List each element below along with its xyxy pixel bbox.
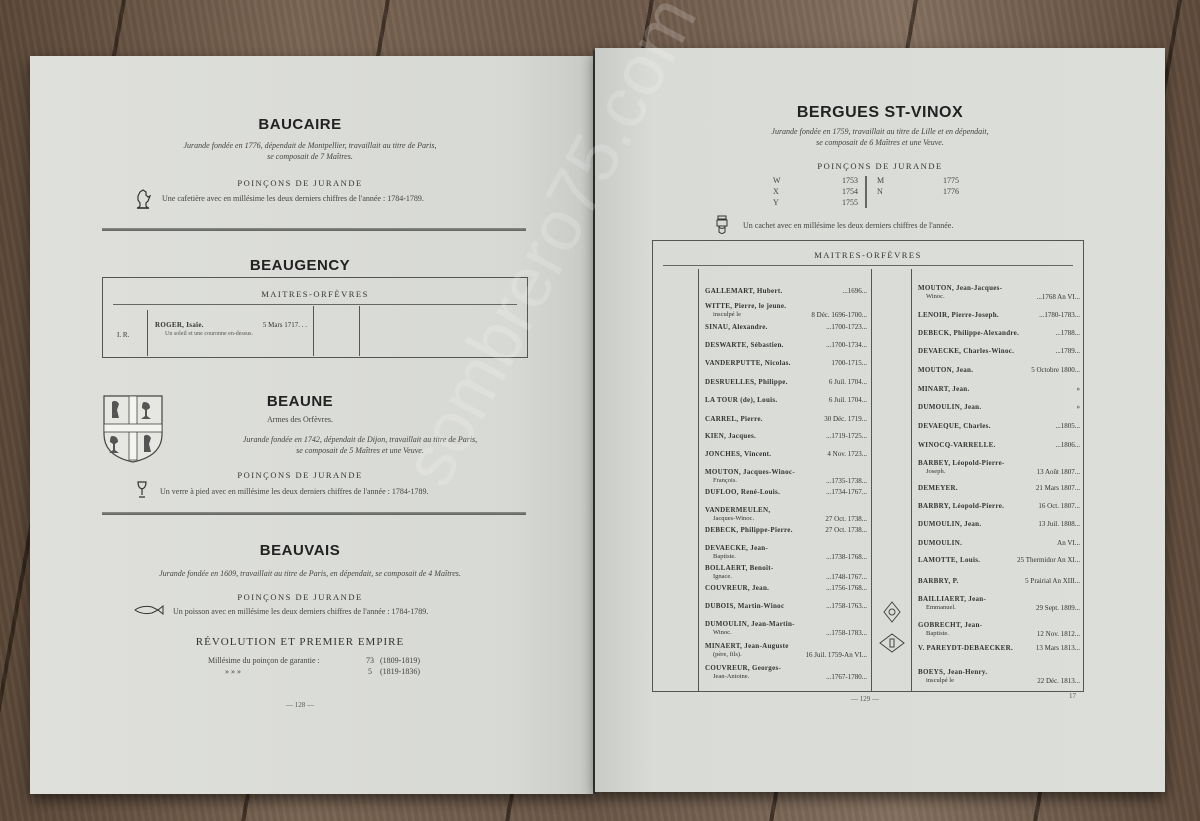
table-rule xyxy=(113,304,517,305)
coffee-pot-icon xyxy=(134,189,152,211)
beauvais-title: BEAUVAIS xyxy=(30,542,570,559)
maker-name: BARBRY, P. xyxy=(918,577,959,585)
maker-name: COUVREUR, Georges- xyxy=(705,664,781,672)
maker-date: 27 Oct. 1738... xyxy=(825,526,867,535)
table-row: SINAU, Alexandre....1700-1723... xyxy=(705,323,867,332)
maker-name: BOLLAERT, Benoît- xyxy=(705,564,774,572)
table-row: MINAERT, Jean-Auguste(père, fils).16 Jui… xyxy=(705,642,867,659)
maker-name: LA TOUR (de), Louis. xyxy=(705,396,777,404)
table-row: BOLLAERT, Benoît-Ignace....1748-1767... xyxy=(705,564,867,581)
bergues-title: BERGUES ST-VINOX xyxy=(595,104,1165,122)
maker-name: BOEYS, Jean-Henry. xyxy=(918,668,987,676)
maker-name: MOUTON, Jacques-Winoc- xyxy=(705,468,795,476)
table-row: WINOCQ-VARRELLE....1806... xyxy=(918,441,1080,450)
column-divider xyxy=(698,269,699,691)
revolution-line2-value: 5 xyxy=(368,667,372,676)
table-row: DEVAECKE, Jean-Baptiste....1738-1768... xyxy=(705,544,867,561)
maker-name: GOBRECHT, Jean- xyxy=(918,621,982,629)
table-row: BARBRY, Léopold-Pierre.16 Oct. 1807... xyxy=(918,502,1080,511)
maker-name: DESRUELLES, Philippe. xyxy=(705,378,788,386)
table-row: MOUTON, Jacques-Winoc-François....1735-1… xyxy=(705,468,867,485)
revolution-line1-label: Millésime du poinçon de garantie : xyxy=(208,656,320,665)
column-divider xyxy=(359,306,360,356)
maker-date: ...1700-1723... xyxy=(826,323,867,332)
table-rule xyxy=(663,265,1073,266)
maker-name: DEVAECKE, Charles-Winoc. xyxy=(918,347,1014,355)
letters-divider xyxy=(865,176,867,208)
maker-date: ...1735-1738... xyxy=(826,477,867,486)
maker-date: ...1758-1783... xyxy=(826,629,867,638)
maker-name: V. PAREYDT-DEBAECKER. xyxy=(918,644,1013,652)
maker-date: ...1789... xyxy=(1056,347,1081,356)
maker-date: ...1738-1768... xyxy=(826,553,867,562)
table-row: COUVREUR, Jean....1756-1768... xyxy=(705,584,867,593)
table-row: DEMEYER.21 Mars 1807... xyxy=(918,484,1080,493)
maker-name: DUMOULIN, Jean. xyxy=(918,403,981,411)
beaune-poincons-heading: POINÇONS DE JURANDE xyxy=(30,470,570,480)
year: 1775 xyxy=(943,176,959,185)
maker-date: 5 Octobre 1800... xyxy=(1031,366,1080,375)
table-row: MOUTON, Jean-Jacques-Winoc....1768 An VI… xyxy=(918,284,1080,301)
revolution-line1-value: 73 xyxy=(366,656,374,665)
baucaire-poincons-heading: POINÇONS DE JURANDE xyxy=(30,178,570,188)
maker-date: ...1748-1767... xyxy=(826,573,867,582)
column-divider xyxy=(911,269,912,691)
maker-name: DUBOIS, Martin-Winoc xyxy=(705,602,784,610)
maker-name: DUMOULIN. xyxy=(918,539,962,547)
diamond-mark-icon xyxy=(883,601,901,623)
year: 1776 xyxy=(943,187,959,196)
fish-icon xyxy=(134,605,164,615)
maker-date: » xyxy=(1077,403,1081,412)
beauvais-poincon-text: Un poisson avec en millésime les deux de… xyxy=(173,607,573,616)
letter: M xyxy=(877,176,884,185)
column-divider xyxy=(313,306,314,356)
table-heading: MAITRES-ORFÈVRES xyxy=(653,250,1083,260)
seal-icon xyxy=(715,214,729,236)
maker-date: ...1780-1783... xyxy=(1039,311,1080,320)
maker-name: GALLEMART, Hubert. xyxy=(705,287,783,295)
maker-name: MINART, Jean. xyxy=(918,385,970,393)
maker-name: DUMOULIN, Jean-Martin- xyxy=(705,620,795,628)
year: 1754 xyxy=(842,187,858,196)
maker-name: VANDERPUTTE, Nicolas. xyxy=(705,359,791,367)
column-divider xyxy=(871,269,872,691)
maker-name: BAILLIAERT, Jean- xyxy=(918,595,986,603)
beaune-arms-caption: Armes des Orfèvres. xyxy=(30,415,570,424)
maker-name: DUMOULIN, Jean. xyxy=(918,520,981,528)
bergues-description-line2: se composait de 6 Maîtres et une Veuve. xyxy=(655,137,1105,148)
maker-date: ...1700-1734... xyxy=(826,341,867,350)
maker-date: 5 Prairial An XIII... xyxy=(1025,577,1080,586)
table-row: WITTE, Pierre, le jeune.insculpé le8 Déc… xyxy=(705,302,867,319)
maker-date: ...1756-1768... xyxy=(826,584,867,593)
table-row: DUMOULIN.An VI... xyxy=(918,539,1080,548)
right-page: BERGUES ST-VINOX Jurande fondée en 1759,… xyxy=(595,48,1165,792)
signature-number: 17 xyxy=(1069,692,1076,700)
maker-date: ...1768 An VI... xyxy=(1037,293,1080,302)
letter-row-y: Y 1755 xyxy=(773,198,858,207)
maker-date: 13 Juil. 1808... xyxy=(1038,520,1080,529)
table-row: MINART, Jean.» xyxy=(918,385,1080,394)
beauvais-description: Jurande fondée en 1609, travaillait au t… xyxy=(70,568,550,579)
table-row: DUMOULIN, Jean.13 Juil. 1808... xyxy=(918,520,1080,529)
beaugency-table: MAITRES-ORFÈVRES I. R. ROGER, Isaïe. 5 M… xyxy=(102,277,528,358)
letter-row-m: M 1775 xyxy=(877,176,959,185)
table-row: DEVAEQUE, Charles....1805... xyxy=(918,422,1080,431)
table-row: COUVREUR, Georges-Jean-Antoine....1767-1… xyxy=(705,664,867,681)
table-row: LENOIR, Pierre-Joseph....1780-1783... xyxy=(918,311,1080,320)
letter: W xyxy=(773,176,781,185)
maker-date: 12 Nov. 1812... xyxy=(1037,630,1080,639)
revolution-heading: RÉVOLUTION ET PREMIER EMPIRE xyxy=(30,636,570,648)
table-row: DESWARTE, Sébastien....1700-1734... xyxy=(705,341,867,350)
letter-row-n: N 1776 xyxy=(877,187,959,196)
maker-name: BARBEY, Léopold-Pierre- xyxy=(918,459,1005,467)
table-row: DESRUELLES, Philippe.6 Juil. 1704... xyxy=(705,378,867,387)
maker-date: An VI... xyxy=(1057,539,1080,548)
maker-date: ...1788... xyxy=(1056,329,1081,338)
maker-date: ...1696... xyxy=(843,287,868,296)
table-row: KIEN, Jacques....1719-1725... xyxy=(705,432,867,441)
beaune-poincon-text: Un verre à pied avec en millésime les de… xyxy=(160,487,560,496)
letter-row-x: X 1754 xyxy=(773,187,858,196)
maker-date: ...1734-1767... xyxy=(826,488,867,497)
maker-name: DESWARTE, Sébastien. xyxy=(705,341,784,349)
maker-date: 21 Mars 1807... xyxy=(1036,484,1080,493)
maker-name: ROGER, Isaïe. xyxy=(155,321,204,329)
table-row: BARBEY, Léopold-Pierre-Joseph.13 Août 18… xyxy=(918,459,1080,476)
maker-date: 5 Mars 1717. . . xyxy=(263,321,307,330)
maker-date: 13 Août 1807... xyxy=(1037,468,1080,477)
year: 1753 xyxy=(842,176,858,185)
beaune-description-line2: se composait de 5 Maîtres et une Veuve. xyxy=(170,445,550,456)
revolution-line2-years: (1819-1836) xyxy=(380,667,420,676)
maker-name: DEBECK, Philippe-Pierre. xyxy=(705,526,793,534)
maker-date: » xyxy=(1077,385,1081,394)
maker-name: DEMEYER. xyxy=(918,484,958,492)
baucaire-poincon-text: Une cafetière avec en millésime les deux… xyxy=(162,194,562,203)
maker-date: 6 Juil. 1704... xyxy=(829,396,867,405)
beauvais-poincons-heading: POINÇONS DE JURANDE xyxy=(30,592,570,602)
table-row: VANDERMEULEN,Jacques-Winoc.27 Oct. 1738.… xyxy=(705,506,867,523)
table-row: LA TOUR (de), Louis.6 Juil. 1704... xyxy=(705,396,867,405)
table-row: JONCHES, Vincent.4 Nov. 1723... xyxy=(705,450,867,459)
table-row: GALLEMART, Hubert....1696... xyxy=(705,287,867,296)
maker-note: Un soleil et une couronne en-dessus. xyxy=(155,330,307,339)
maker-name: WITTE, Pierre, le jeune. xyxy=(705,302,786,310)
year: 1755 xyxy=(842,198,858,207)
letter: X xyxy=(773,187,779,196)
maker-date: ...1806... xyxy=(1056,441,1081,450)
table-row: DEVAECKE, Charles-Winoc....1789... xyxy=(918,347,1080,356)
letter-row-w: W 1753 xyxy=(773,176,858,185)
baucaire-description-line1: Jurande fondée en 1776, dépendait de Mon… xyxy=(90,140,530,151)
goblet-icon xyxy=(137,481,147,499)
table-heading: MAITRES-ORFÈVRES xyxy=(103,289,527,299)
beaugency-title: BEAUGENCY xyxy=(30,257,570,274)
letter: Y xyxy=(773,198,779,207)
maker-date: 16 Oct. 1807... xyxy=(1038,502,1080,511)
maker-date: ...1805... xyxy=(1056,422,1081,431)
maker-name: LENOIR, Pierre-Joseph. xyxy=(918,311,999,319)
maker-mark: I. R. xyxy=(117,331,129,339)
maker-date: 30 Déc. 1719... xyxy=(824,415,867,424)
maker-name: JONCHES, Vincent. xyxy=(705,450,771,458)
maker-name: WINOCQ-VARRELLE. xyxy=(918,441,996,449)
table-row: LAMOTTE, Louis.25 Thermidor An XI... xyxy=(918,556,1080,565)
column-divider xyxy=(147,310,148,356)
maker-date: ...1767-1780... xyxy=(826,673,867,682)
table-row: DUBOIS, Martin-Winoc...1758-1763... xyxy=(705,602,867,611)
table-row: MOUTON, Jean.5 Octobre 1800... xyxy=(918,366,1080,375)
cachet-text: Un cachet avec en millésime les deux der… xyxy=(743,221,1103,230)
beaune-description-line1: Jurande fondée en 1742, dépendait de Dij… xyxy=(170,434,550,445)
table-row: DUFLOO, René-Louis....1734-1767... xyxy=(705,488,867,497)
table-row: CARREL, Pierre.30 Déc. 1719... xyxy=(705,415,867,424)
maker-name: MOUTON, Jean-Jacques- xyxy=(918,284,1002,292)
left-page: BAUCAIRE Jurande fondée en 1776, dépenda… xyxy=(30,56,595,794)
revolution-line1-years: (1809-1819) xyxy=(380,656,420,665)
table-row: BAILLIAERT, Jean-Emmanuel.29 Sept. 1809.… xyxy=(918,595,1080,612)
maker-date: 16 Juil. 1759-An VI... xyxy=(805,651,867,660)
table-row: DUMOULIN, Jean-Martin-Winoc....1758-1783… xyxy=(705,620,867,637)
maker-date: ...1719-1725... xyxy=(826,432,867,441)
maker-name: SINAU, Alexandre. xyxy=(705,323,768,331)
maker-date: 22 Déc. 1813... xyxy=(1037,677,1080,686)
table-row: ROGER, Isaïe. 5 Mars 1717. . . Un soleil… xyxy=(155,321,307,338)
maker-name: DEBECK, Philippe-Alexandre. xyxy=(918,329,1019,337)
maker-name: KIEN, Jacques. xyxy=(705,432,756,440)
table-row: DEBECK, Philippe-Pierre.27 Oct. 1738... xyxy=(705,526,867,535)
maker-name: DEVAEQUE, Charles. xyxy=(918,422,991,430)
table-row: V. PAREYDT-DEBAECKER.13 Mars 1813... xyxy=(918,644,1080,653)
maker-date: 8 Déc. 1696-1700... xyxy=(811,311,867,320)
table-row: BOEYS, Jean-Henry.insculpé le22 Déc. 181… xyxy=(918,668,1080,685)
maker-date: ...1758-1763... xyxy=(826,602,867,611)
maker-date: 4 Nov. 1723... xyxy=(827,450,867,459)
section-divider xyxy=(102,228,526,231)
maker-date: 25 Thermidor An XI... xyxy=(1017,556,1080,565)
table-row: VANDERPUTTE, Nicolas.1700-1715... xyxy=(705,359,867,368)
maker-name: LAMOTTE, Louis. xyxy=(918,556,980,564)
maker-name: MINAERT, Jean-Auguste xyxy=(705,642,789,650)
revolution-line2-label: » » » xyxy=(225,667,241,676)
maker-name: MOUTON, Jean. xyxy=(918,366,973,374)
diamond-mark-icon xyxy=(879,633,905,653)
baucaire-description-line2: se composait de 7 Maîtres. xyxy=(90,151,530,162)
maker-name: DEVAECKE, Jean- xyxy=(705,544,768,552)
table-row: DUMOULIN, Jean.» xyxy=(918,403,1080,412)
maker-date: 29 Sept. 1809... xyxy=(1036,604,1080,613)
maker-name: COUVREUR, Jean. xyxy=(705,584,769,592)
table-row: DEBECK, Philippe-Alexandre....1788... xyxy=(918,329,1080,338)
section-divider xyxy=(102,512,526,515)
maker-name: CARREL, Pierre. xyxy=(705,415,763,423)
letter: N xyxy=(877,187,883,196)
page-number: — 129 — xyxy=(795,695,935,703)
maker-date: 13 Mars 1813... xyxy=(1036,644,1080,653)
page-number: — 128 — xyxy=(30,701,570,709)
beaune-title: BEAUNE xyxy=(30,393,570,410)
maker-date: 1700-1715... xyxy=(831,359,867,368)
bergues-poincons-heading: POINÇONS DE JURANDE xyxy=(595,161,1165,171)
table-row: GOBRECHT, Jean-Baptiste.12 Nov. 1812... xyxy=(918,621,1080,638)
maker-date: 6 Juil. 1704... xyxy=(829,378,867,387)
table-row: BARBRY, P.5 Prairial An XIII... xyxy=(918,577,1080,586)
maker-name: VANDERMEULEN, xyxy=(705,506,770,514)
maker-date: 27 Oct. 1738... xyxy=(825,515,867,524)
baucaire-title: BAUCAIRE xyxy=(30,116,570,133)
maker-name: BARBRY, Léopold-Pierre. xyxy=(918,502,1004,510)
maker-name: DUFLOO, René-Louis. xyxy=(705,488,780,496)
bergues-description-line1: Jurande fondée en 1759, travaillait au t… xyxy=(655,126,1105,137)
